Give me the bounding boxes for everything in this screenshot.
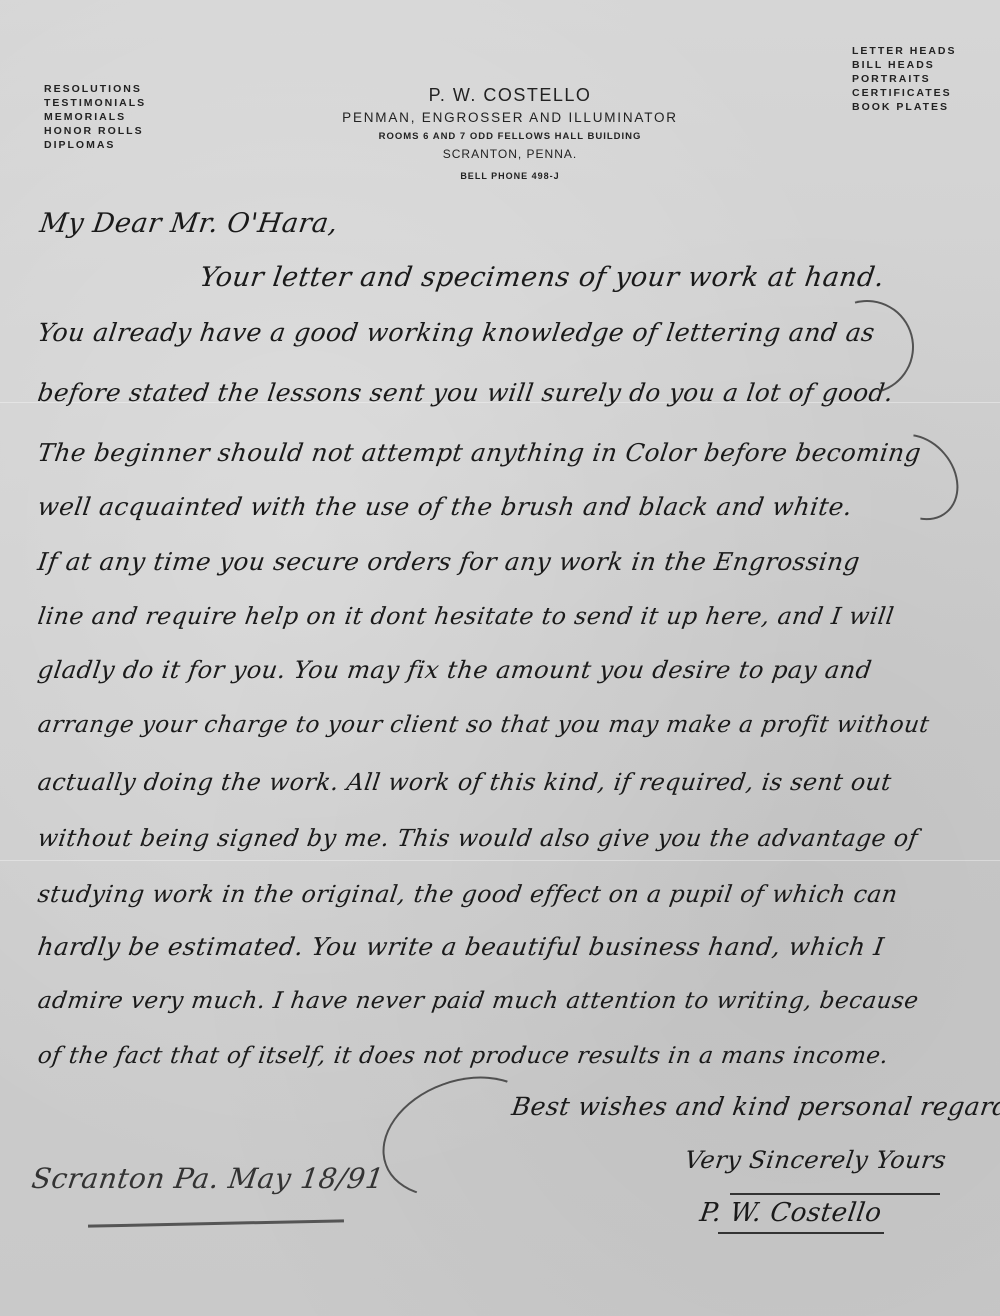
letter-line: The beginner should not attempt anything… — [36, 438, 923, 467]
service-item: CERTIFICATES — [852, 86, 957, 100]
letterhead-city: SCRANTON, PENNA. — [260, 147, 760, 161]
service-item: BOOK PLATES — [852, 100, 957, 114]
letter-line: If at any time you secure orders for any… — [36, 547, 862, 576]
letter-line: You already have a good working knowledg… — [36, 318, 877, 347]
letterhead-services-right: LETTER HEADS BILL HEADS PORTRAITS CERTIF… — [852, 44, 957, 114]
signature: P. W. Costello — [698, 1198, 884, 1228]
service-item: PORTRAITS — [852, 72, 957, 86]
letterhead-address: ROOMS 6 AND 7 ODD FELLOWS HALL BUILDING — [260, 131, 760, 142]
salutation: My Dear Mr. O'Hara, — [38, 208, 340, 239]
service-item: MEMORIALS — [44, 110, 146, 124]
letterhead-name: P. W. COSTELLO — [260, 85, 760, 106]
closing-regards: Best wishes and kind personal regards, — [510, 1092, 1000, 1121]
letter-line: before stated the lessons sent you will … — [36, 378, 895, 407]
service-item: DIPLOMAS — [44, 138, 146, 152]
pen-flourish — [858, 417, 975, 537]
letterhead-services-left: RESOLUTIONS TESTIMONIALS MEMORIALS HONOR… — [44, 82, 146, 152]
letter-line: Your letter and specimens of your work a… — [198, 262, 887, 293]
service-item: LETTER HEADS — [852, 44, 957, 58]
letter-page: RESOLUTIONS TESTIMONIALS MEMORIALS HONOR… — [0, 0, 1000, 1316]
pen-flourish — [365, 1055, 558, 1218]
letter-line: actually doing the work. All work of thi… — [36, 768, 893, 796]
letter-line: gladly do it for you. You may fix the am… — [36, 656, 874, 684]
date-underline — [88, 1219, 344, 1227]
letterhead: P. W. COSTELLO PENMAN, ENGROSSER AND ILL… — [260, 85, 760, 181]
service-item: BILL HEADS — [852, 58, 957, 72]
letter-line: of the fact that of itself, it does not … — [36, 1043, 890, 1069]
letter-line: well acquainted with the use of the brus… — [36, 492, 854, 521]
letter-line: admire very much. I have never paid much… — [36, 988, 920, 1014]
service-item: HONOR ROLLS — [44, 124, 146, 138]
signature-underline — [718, 1232, 884, 1234]
letterhead-phone: BELL PHONE 498-J — [260, 171, 760, 181]
letter-line: studying work in the original, the good … — [36, 880, 900, 908]
paper-fold — [0, 860, 1000, 861]
letter-line: line and require help on it dont hesitat… — [36, 602, 896, 630]
signature-underline — [730, 1193, 940, 1195]
service-item: RESOLUTIONS — [44, 82, 146, 96]
letter-line: arrange your charge to your client so th… — [36, 712, 931, 738]
letter-line: hardly be estimated. You write a beautif… — [36, 932, 886, 961]
service-item: TESTIMONIALS — [44, 96, 146, 110]
closing-valediction: Very Sincerely Yours — [683, 1146, 948, 1174]
letterhead-title: PENMAN, ENGROSSER AND ILLUMINATOR — [260, 110, 760, 125]
letter-date: Scranton Pa. May 18/91 — [30, 1162, 387, 1195]
letter-line: without being signed by me. This would a… — [36, 824, 920, 852]
